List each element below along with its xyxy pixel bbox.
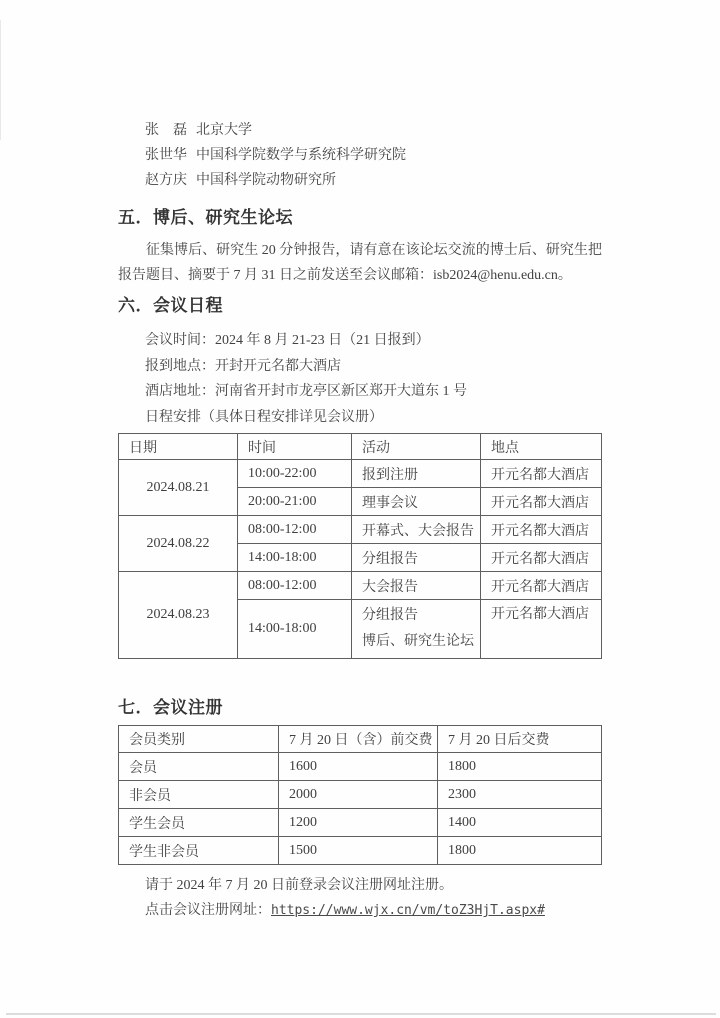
attendee-list: 张 磊北京大学 张世华中国科学院数学与系统科学研究院 赵方庆中国科学院动物研究所 [118, 118, 602, 193]
activity-line: 博后、研究生论坛 [362, 629, 480, 655]
time-cell: 08:00-12:00 [238, 572, 352, 600]
location-cell: 开元名都大酒店 [481, 544, 602, 572]
header-date: 日期 [119, 434, 238, 460]
late-fee-cell: 1400 [438, 809, 602, 837]
forum-paragraph: 征集博后、研究生 20 分钟报告，请有意在该论坛交流的博士后、研究生把报告题目、… [118, 238, 602, 288]
table-header-row: 会员类别 7 月 20 日（含）前交费 7 月 20 日后交费 [119, 726, 602, 753]
time-cell: 10:00-22:00 [238, 460, 352, 488]
early-fee-cell: 2000 [279, 781, 438, 809]
activity-cell: 分组报告 [352, 544, 481, 572]
registration-note: 请于 2024 年 7 月 20 日前登录会议注册网址注册。 [118, 873, 602, 898]
location-cell: 开元名都大酒店 [481, 460, 602, 488]
activity-cell: 报到注册 [352, 460, 481, 488]
page-edge-shadow [6, 1013, 716, 1015]
list-item: 赵方庆中国科学院动物研究所 [145, 168, 602, 193]
activity-cell: 开幕式、大会报告 [352, 516, 481, 544]
registration-link[interactable]: https://www.wjx.cn/vm/toZ3HjT.aspx# [271, 903, 545, 918]
registration-link-label: 点击会议注册网址： [145, 903, 271, 918]
person-affiliation: 中国科学院数学与系统科学研究院 [196, 148, 406, 163]
registration-link-line: 点击会议注册网址：https://www.wjx.cn/vm/toZ3HjT.a… [118, 898, 602, 923]
header-activity: 活动 [352, 434, 481, 460]
location-cell: 开元名都大酒店 [481, 600, 602, 659]
time-cell: 20:00-21:00 [238, 488, 352, 516]
table-row: 2024.08.22 08:00-12:00 开幕式、大会报告 开元名都大酒店 [119, 516, 602, 544]
category-cell: 学生会员 [119, 809, 279, 837]
info-line-time: 会议时间：2024 年 8 月 21-23 日（21 日报到） [145, 328, 602, 354]
info-line-address: 酒店地址：河南省开封市龙亭区新区郑开大道东 1 号 [145, 379, 602, 405]
activity-cell: 分组报告 博后、研究生论坛 [352, 600, 481, 659]
location-cell: 开元名都大酒店 [481, 516, 602, 544]
person-affiliation: 北京大学 [196, 123, 252, 138]
info-line-agenda: 日程安排（具体日程安排详见会议册） [145, 405, 602, 431]
early-fee-cell: 1200 [279, 809, 438, 837]
table-row: 非会员 2000 2300 [119, 781, 602, 809]
list-item: 张 磊北京大学 [145, 118, 602, 143]
person-name: 赵方庆 [145, 173, 187, 188]
early-fee-cell: 1600 [279, 753, 438, 781]
date-cell: 2024.08.21 [119, 460, 238, 516]
category-cell: 会员 [119, 753, 279, 781]
time-cell: 14:00-18:00 [238, 544, 352, 572]
activity-line: 分组报告 [362, 603, 480, 629]
date-cell: 2024.08.22 [119, 516, 238, 572]
table-row: 2024.08.23 08:00-12:00 大会报告 开元名都大酒店 [119, 572, 602, 600]
activity-cell: 大会报告 [352, 572, 481, 600]
page-edge-artifact [0, 20, 1, 140]
location-cell: 开元名都大酒店 [481, 572, 602, 600]
table-header-row: 日期 时间 活动 地点 [119, 434, 602, 460]
section-heading-forum: 五．博后、研究生论坛 [118, 206, 602, 230]
time-cell: 08:00-12:00 [238, 516, 352, 544]
activity-cell: 理事会议 [352, 488, 481, 516]
category-cell: 学生非会员 [119, 837, 279, 865]
document-content: 张 磊北京大学 张世华中国科学院数学与系统科学研究院 赵方庆中国科学院动物研究所… [118, 0, 602, 923]
time-cell: 14:00-18:00 [238, 600, 352, 659]
list-item: 张世华中国科学院数学与系统科学研究院 [145, 143, 602, 168]
date-cell: 2024.08.23 [119, 572, 238, 659]
location-cell: 开元名都大酒店 [481, 488, 602, 516]
person-affiliation: 中国科学院动物研究所 [196, 173, 336, 188]
early-fee-cell: 1500 [279, 837, 438, 865]
table-row: 2024.08.21 10:00-22:00 报到注册 开元名都大酒店 [119, 460, 602, 488]
table-row: 会员 1600 1800 [119, 753, 602, 781]
header-time: 时间 [238, 434, 352, 460]
section-heading-schedule: 六．会议日程 [118, 294, 602, 318]
person-name: 张 磊 [145, 123, 187, 138]
schedule-table: 日期 时间 活动 地点 2024.08.21 10:00-22:00 报到注册 … [118, 433, 602, 659]
section-heading-registration: 七．会议注册 [118, 696, 602, 720]
header-location: 地点 [481, 434, 602, 460]
info-line-checkin: 报到地点：开封开元名都大酒店 [145, 354, 602, 380]
header-early-fee: 7 月 20 日（含）前交费 [279, 726, 438, 753]
registration-table: 会员类别 7 月 20 日（含）前交费 7 月 20 日后交费 会员 1600 … [118, 725, 602, 865]
category-cell: 非会员 [119, 781, 279, 809]
late-fee-cell: 1800 [438, 837, 602, 865]
late-fee-cell: 2300 [438, 781, 602, 809]
table-row: 学生非会员 1500 1800 [119, 837, 602, 865]
header-category: 会员类别 [119, 726, 279, 753]
table-row: 学生会员 1200 1400 [119, 809, 602, 837]
header-late-fee: 7 月 20 日后交费 [438, 726, 602, 753]
schedule-info: 会议时间：2024 年 8 月 21-23 日（21 日报到） 报到地点：开封开… [118, 328, 602, 430]
person-name: 张世华 [145, 148, 187, 163]
document-page: 张 磊北京大学 张世华中国科学院数学与系统科学研究院 赵方庆中国科学院动物研究所… [0, 0, 720, 1018]
late-fee-cell: 1800 [438, 753, 602, 781]
